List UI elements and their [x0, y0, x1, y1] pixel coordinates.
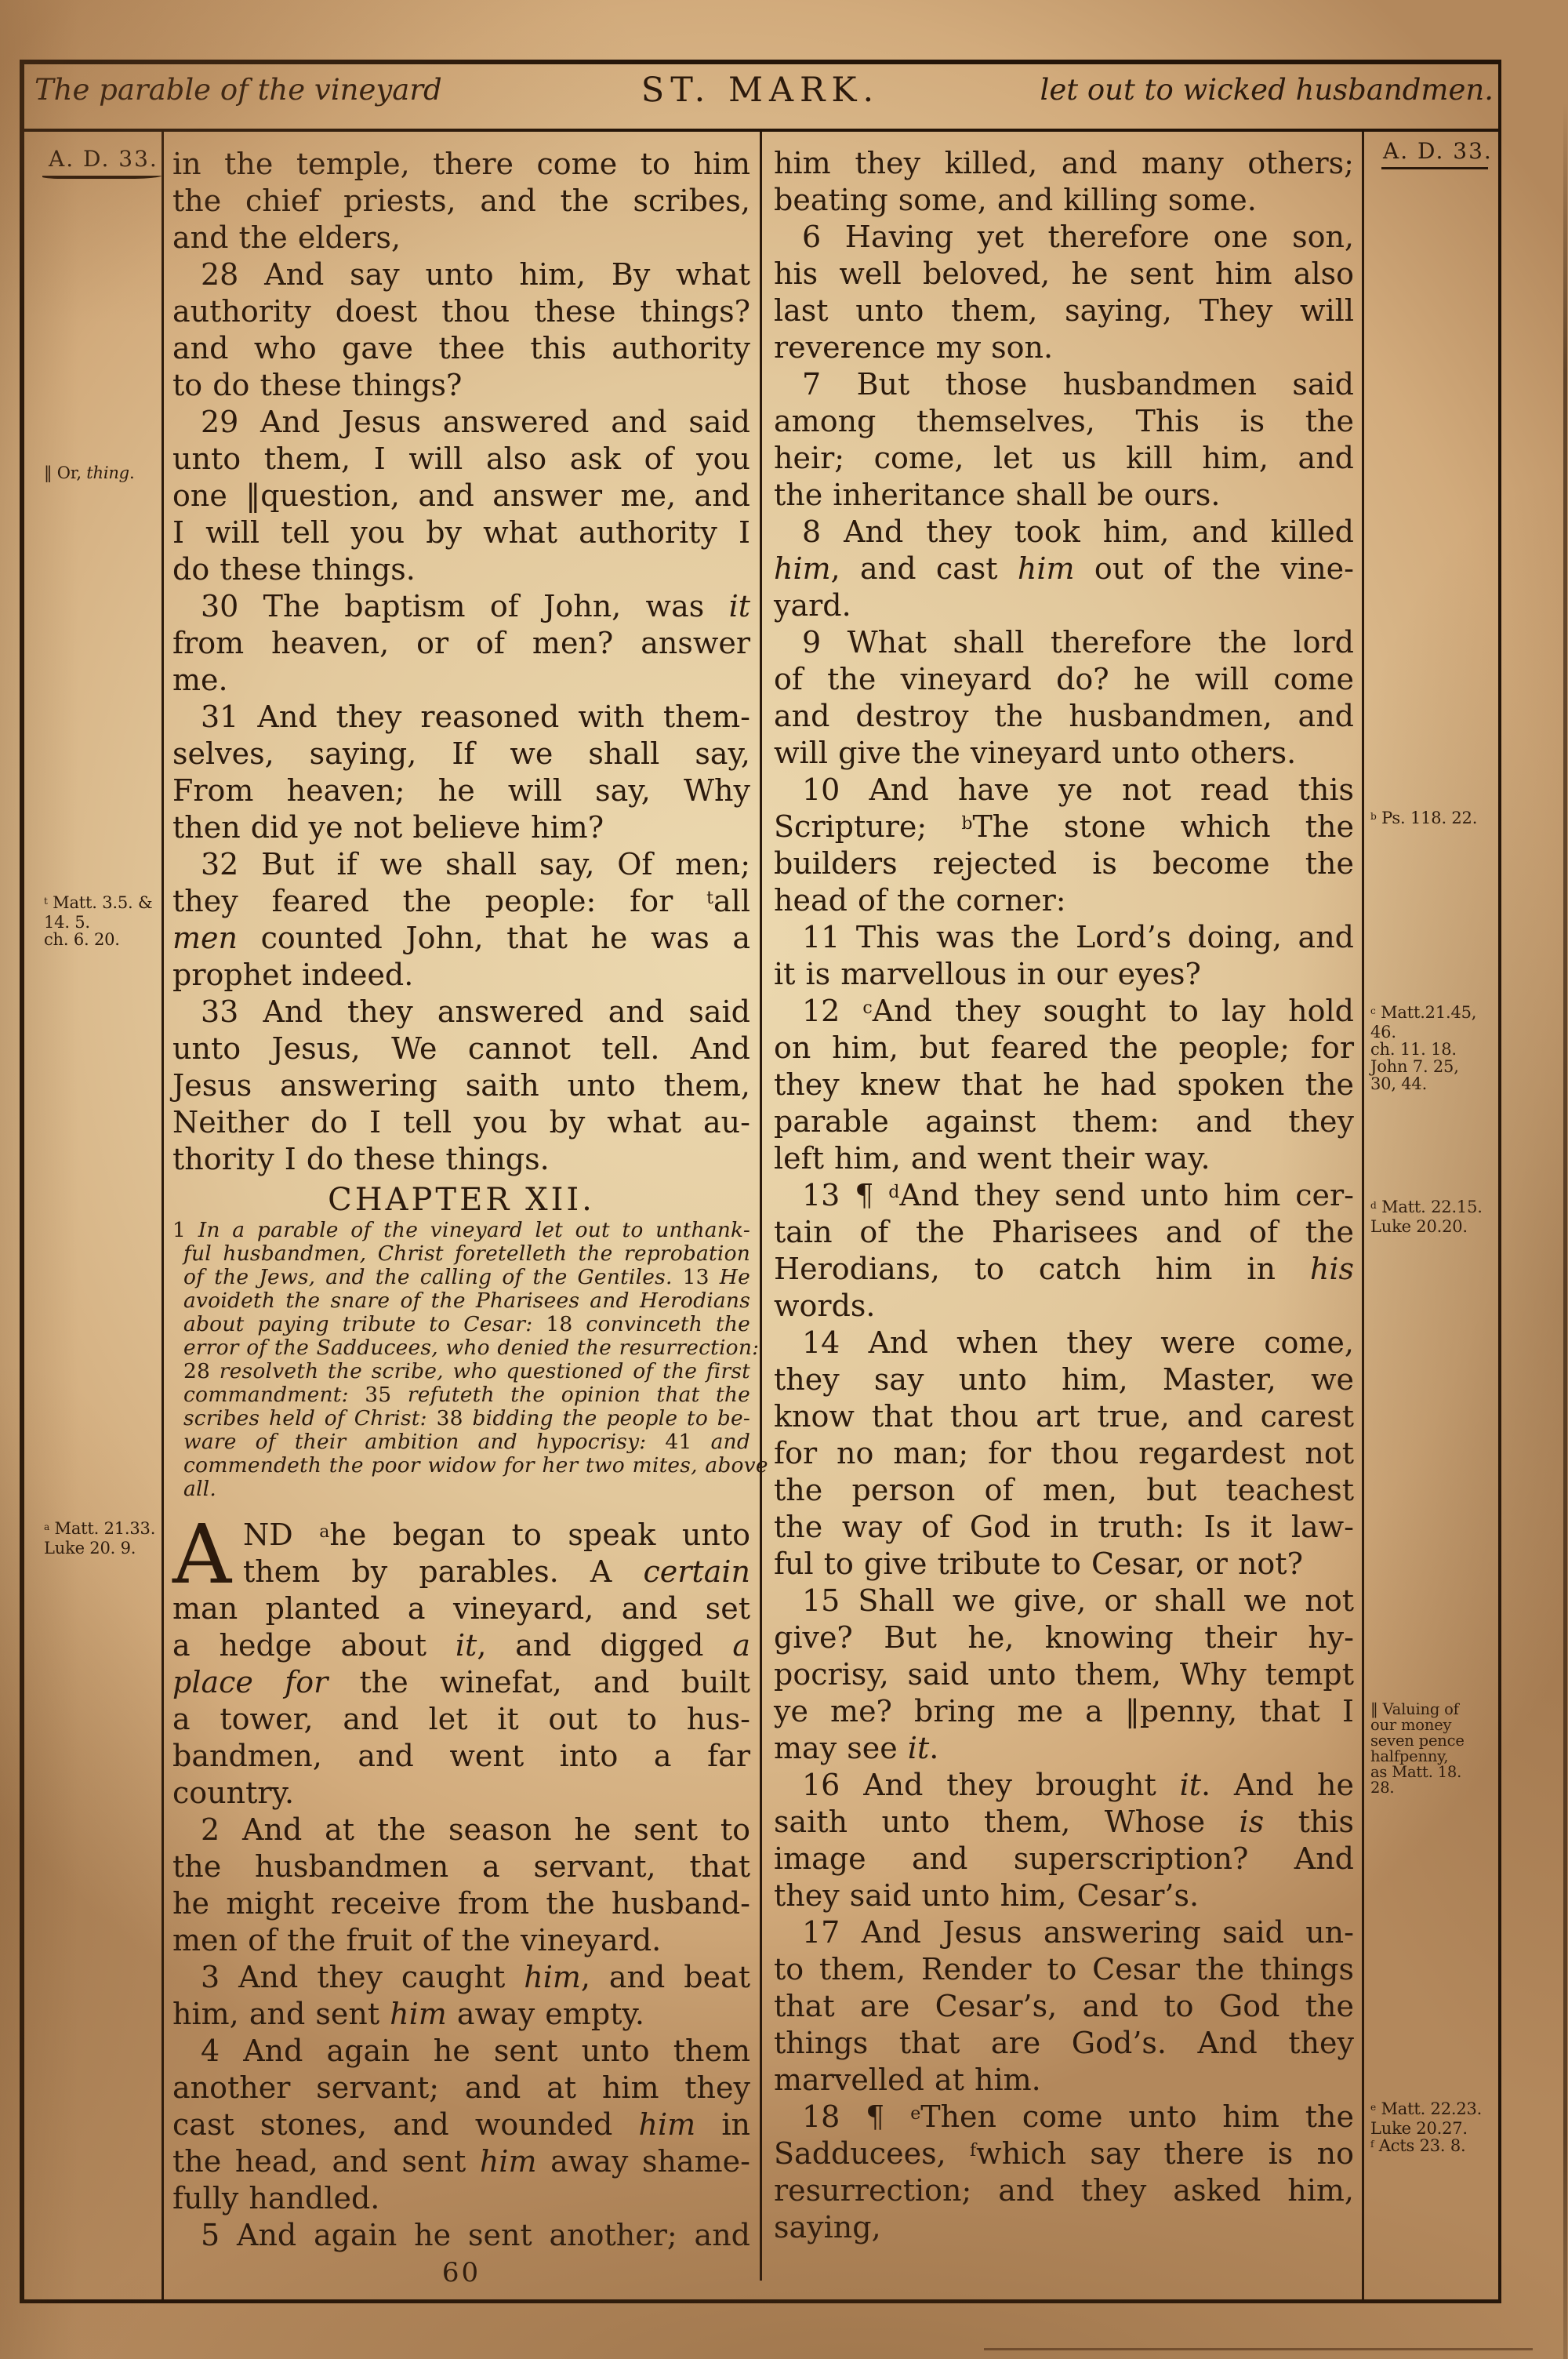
text-line: scribes held of Christ: 38 bidding the p… — [172, 1407, 750, 1430]
text-line: one ‖question, and answer me, and — [172, 478, 750, 514]
text-line: then did ye not believe him? — [172, 809, 750, 846]
text-line: may see it. — [774, 1730, 1354, 1767]
text-line: ful to give tribute to Cesar, or not? — [774, 1546, 1354, 1583]
text-line: they feared the people: for tall — [172, 883, 750, 920]
text-line: builders rejected is become the — [774, 845, 1354, 882]
text-line: pocrisy, said unto them, Why tempt — [774, 1656, 1354, 1693]
text-line: he might receive from the husband- — [172, 1885, 750, 1922]
text-line: and destroy the husbandmen, and — [774, 698, 1354, 735]
text-line: for no man; for thou regardest not — [774, 1435, 1354, 1472]
text-line: Sadducees, fwhich say there is no — [774, 2135, 1354, 2172]
text-line: him, and sent him away empty. — [172, 1996, 750, 2033]
text-line: from heaven, or of men? answer — [172, 625, 750, 662]
text-line: things that are God’s. And they — [774, 2025, 1354, 2062]
text-line: place for the winefat, and built — [172, 1664, 750, 1701]
text-line: heir; come, let us kill him, and — [774, 440, 1354, 477]
text-line: saith unto them, Whose is this — [774, 1804, 1354, 1841]
text-line: him, and cast him out of the vine- — [774, 551, 1354, 587]
text-line: it is marvellous in our eyes? — [774, 956, 1354, 993]
text-line: 28 And say unto him, By what — [172, 256, 750, 293]
text-line: the person of men, but teachest — [774, 1472, 1354, 1509]
text-line: words. — [774, 1288, 1354, 1325]
text-line: tain of the Pharisees and of the — [774, 1214, 1354, 1251]
text-line: I will tell you by what authority I — [172, 514, 750, 551]
text-line: him they killed, and many others; — [774, 145, 1354, 182]
text-line: Jesus answering saith unto them, — [172, 1067, 750, 1104]
text-line: do these things. — [172, 551, 750, 588]
chapter11-block: in the temple, there come to himthe chie… — [172, 146, 750, 1178]
text-line: yard. — [774, 587, 1354, 624]
text-line: last unto them, saying, They will — [774, 293, 1354, 329]
text-line: cast stones, and wounded him in — [172, 2106, 750, 2143]
text-line: 6 Having yet therefore one son, — [774, 219, 1354, 256]
text-line: 30 The baptism of John, was it — [172, 588, 750, 625]
text-line: parable against them: and they — [774, 1103, 1354, 1140]
text-line: they said unto him, Cesar’s. — [774, 1877, 1354, 1914]
text-line: all. — [172, 1478, 750, 1501]
text-line: 2 And at the season he sent to — [172, 1812, 750, 1848]
text-line: AND ahe began to speak unto — [172, 1517, 750, 1554]
text-line: Neither do I tell you by what au- — [172, 1104, 750, 1141]
text-line: commandment: 35 refuteth the opinion tha… — [172, 1383, 750, 1407]
text-line: ye me? bring me a ‖penny, that I — [774, 1693, 1354, 1730]
text-line: ware of their ambition and hypocrisy: 41… — [172, 1430, 750, 1454]
chapter-heading: CHAPTER XII. — [172, 1178, 750, 1219]
text-line: another servant; and at him they — [172, 2070, 750, 2106]
text-line: a hedge about it, and digged a — [172, 1627, 750, 1664]
right-date-underline — [1381, 167, 1488, 169]
text-line: marvelled at him. — [774, 2062, 1354, 2099]
right-text-column: him they killed, and many others;beating… — [774, 145, 1354, 2246]
text-line: in the temple, there come to him — [172, 146, 750, 183]
text-line: to them, Render to Cesar the things — [774, 1951, 1354, 1988]
text-line: the inheritance shall be ours. — [774, 477, 1354, 514]
text-line: and who gave thee this authority — [172, 330, 750, 367]
text-line: man planted a vineyard, and set — [172, 1590, 750, 1627]
text-line: 10 And have ye not read this — [774, 772, 1354, 809]
text-line: among themselves, This is the — [774, 403, 1354, 440]
text-line: head of the corner: — [774, 882, 1354, 919]
text-line: commendeth the poor widow for her two mi… — [172, 1454, 750, 1478]
text-line: to do these things? — [172, 367, 750, 404]
text-line: me. — [172, 662, 750, 699]
text-line: 13 ¶ dAnd they send unto him cer- — [774, 1177, 1354, 1214]
next-page-edge — [984, 2348, 1533, 2350]
text-line: prophet indeed. — [172, 957, 750, 994]
text-line: they knew that he had spoken the — [774, 1067, 1354, 1103]
left-date-underline — [42, 176, 162, 179]
text-line: Scripture; bThe stone which the — [774, 809, 1354, 845]
text-line: 3 And they caught him, and beat — [172, 1959, 750, 1996]
text-line: 9 What shall therefore the lord — [774, 624, 1354, 661]
text-line: will give the vineyard unto others. — [774, 735, 1354, 772]
text-line: 17 And Jesus answering said un- — [774, 1914, 1354, 1951]
text-line: 7 But those husbandmen said — [774, 366, 1354, 403]
text-line: bandmen, and went into a far — [172, 1738, 750, 1775]
text-line: 32 But if we shall say, Of men; — [172, 846, 750, 883]
left-margin-date: A. D. 33. — [49, 146, 158, 172]
right-margin-date: A. D. 33. — [1383, 138, 1493, 164]
text-line: 28 resolveth the scribe, who questioned … — [172, 1360, 750, 1383]
left-text-column: in the temple, there come to himthe chie… — [172, 146, 750, 2288]
text-line: selves, saying, If we shall say, — [172, 736, 750, 772]
text-line: that are Cesar’s, and to God the — [774, 1988, 1354, 2025]
text-line: the way of God in truth: Is it law- — [774, 1509, 1354, 1546]
text-line: 33 And they answered and said — [172, 994, 750, 1030]
text-line: give? But he, knowing their hy- — [774, 1619, 1354, 1656]
scanned-bible-page: The parable of the vineyard ST. MARK. le… — [0, 0, 1568, 2359]
text-line: From heaven; he will say, Why — [172, 772, 750, 809]
text-line: 4 And again he sent unto them — [172, 2033, 750, 2070]
text-line: the chief priests, and the scribes, — [172, 183, 750, 220]
text-line: know that thou art true, and carest — [774, 1398, 1354, 1435]
text-line: them by parables. A certain — [172, 1554, 750, 1590]
page-edge-shadow — [1563, 102, 1567, 2359]
text-line: beating some, and killing some. — [774, 182, 1354, 219]
text-line: 31 And they reasoned with them- — [172, 699, 750, 736]
text-line: men of the fruit of the vineyard. — [172, 1922, 750, 1959]
text-line: 12 cAnd they sought to lay hold — [774, 993, 1354, 1030]
page-number: 60 — [172, 2257, 750, 2288]
text-line: of the vineyard do? he will come — [774, 661, 1354, 698]
text-line: avoideth the snare of the Pharisees and … — [172, 1289, 750, 1313]
text-line: the head, and sent him away shame- — [172, 2143, 750, 2180]
running-head-right: let out to wicked husbandmen. — [1040, 73, 1494, 107]
column-divider — [760, 132, 762, 2281]
text-line: ful husbandmen, Christ foretelleth the r… — [172, 1242, 750, 1266]
text-line: Herodians, to catch him in his — [774, 1251, 1354, 1288]
text-line: of the Jews, and the calling of the Gent… — [172, 1266, 750, 1289]
text-line: image and superscription? And — [774, 1841, 1354, 1877]
text-line: country. — [172, 1775, 750, 1812]
text-line: 15 Shall we give, or shall we not — [774, 1583, 1354, 1619]
text-line: unto Jesus, We cannot tell. And — [172, 1030, 750, 1067]
text-line: his well beloved, he sent him also — [774, 256, 1354, 293]
text-line: saying, — [774, 2209, 1354, 2246]
text-line: and the elders, — [172, 220, 750, 256]
text-line: resurrection; and they asked him, — [774, 2172, 1354, 2209]
text-line: error of the Sadducees, who denied the r… — [172, 1336, 750, 1360]
text-line: the husbandmen a servant, that — [172, 1848, 750, 1885]
text-line: about paying tribute to Cesar: 18 convin… — [172, 1313, 750, 1336]
chapter-summary-block: 1 In a parable of the vineyard let out t… — [172, 1219, 750, 1501]
text-line: 1 In a parable of the vineyard let out t… — [172, 1219, 750, 1242]
text-line: a tower, and let it out to hus- — [172, 1701, 750, 1738]
text-line: authority doest thou these things? — [172, 293, 750, 330]
text-line: thority I do these things. — [172, 1141, 750, 1178]
text-line: 8 And they took him, and killed — [774, 514, 1354, 551]
text-line: 16 And they brought it. And he — [774, 1767, 1354, 1804]
text-line: men counted John, that he was a — [172, 920, 750, 957]
text-line: reverence my son. — [774, 329, 1354, 366]
text-line: 14 And when they were come, — [774, 1325, 1354, 1361]
text-line: 18 ¶ eThen come unto him the — [774, 2099, 1354, 2135]
chapter12-verse-block: AND ahe began to speak untothem by parab… — [172, 1517, 750, 2254]
text-line: 29 And Jesus answered and said — [172, 404, 750, 441]
text-line: unto them, I will also ask of you — [172, 441, 750, 478]
text-line: 5 And again he sent another; and — [172, 2217, 750, 2254]
right-margin-divider — [1362, 132, 1364, 2299]
text-line: left him, and went their way. — [774, 1140, 1354, 1177]
text-line: 11 This was the Lord’s doing, and — [774, 919, 1354, 956]
text-line: on him, but feared the people; for — [774, 1030, 1354, 1067]
right-column-block: him they killed, and many others;beating… — [774, 145, 1354, 2246]
text-line: fully handled. — [172, 2180, 750, 2217]
text-line: they say unto him, Master, we — [774, 1361, 1354, 1398]
left-margin-divider — [162, 132, 164, 2299]
